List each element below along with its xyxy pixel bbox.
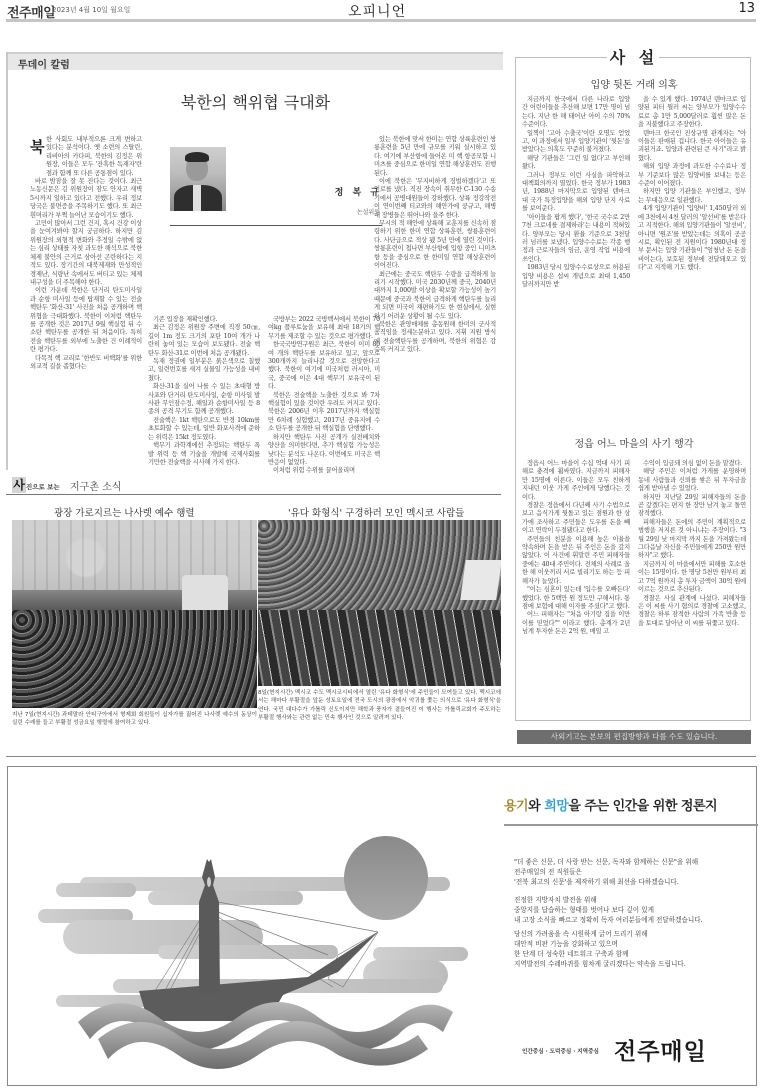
slogan-divider	[504, 824, 758, 826]
editorial-2-col2: 수익이 입금돼 의심 없이 돈을 맡겼다. 해당 주민은 이처럼 가게를 운영하…	[638, 460, 746, 628]
editorial-1-col1: 지금까지 한국에서 다른 나라로 입양 간 어린이들을 추산해 보면 17만 명…	[522, 96, 630, 289]
author-photo	[170, 147, 226, 211]
editorial-title-2: 정읍 어느 마을의 사기 행각	[516, 435, 752, 450]
house-advertisement: 용기와 희망을 주는 인간을 위한 정론지 "더 좋은 신문, 더 사랑 받는 …	[7, 766, 757, 1086]
editorial-1-col2: 을 수 있게 했다. 1974년 덴마크로 입양된 피터 뮐러 씨는 양부모가 …	[638, 96, 746, 273]
column-headline: 북한의 핵위협 극대화	[8, 90, 503, 113]
photo-1-caption: 지난 7일(현지시간) 과테말라 안티구아에서 형제회 회원들이 십자가를 짊어…	[12, 711, 257, 728]
disclaimer-banner: 사외기고는 본보의 편집방향과 다를 수도 있습니다.	[517, 730, 751, 744]
header-small-text: 진으로 보는	[26, 482, 60, 491]
editorial-2-col1: 정읍시 어느 마을이 수십 억대 사기 피해로 충격에 휩싸였다. 지금까지 피…	[522, 460, 630, 637]
column-text-col1: 한 사회도 내부적으론 크게 변하고 있다는 분석이다. 옛 소련의 스탈린, …	[30, 136, 142, 371]
section-divider	[6, 756, 756, 757]
column-text-col4: 있는 북한에 맞서 한미는 연합 상륙훈련인 쌍룡훈련을 5년 만에 규모를 키…	[374, 136, 496, 355]
author-block: 정 복 규 논설위원	[170, 147, 382, 267]
column-text-col2: 기존 입장을 재확인했다. 최근 김정은 위원장 주변에 직경 50㎝, 길이 …	[148, 316, 260, 467]
header-big-text: 지구촌 소식	[70, 478, 121, 493]
column-tab: 투데이 칼럼	[8, 52, 503, 70]
ad-tagline: 인간중심 · 도덕중심 · 지역중심	[522, 1047, 599, 1055]
photo-guatemala-procession	[12, 520, 257, 708]
ad-paragraph-1: "더 좋은 신문, 더 사랑 받는 신문, 독자와 함께하는 신문"을 위해 전…	[514, 857, 698, 887]
photo-2-caption: 8일(현지시간) 멕시코 수도 멕시코시티에서 열린 '유다 화형식'에 주민들…	[258, 689, 501, 723]
photo-news-section: 사 진으로 보는 지구촌 소식 광장 가로지르는 나사렛 예수 행렬 '유다 화…	[6, 475, 501, 735]
editorial-label: 사 설	[516, 45, 752, 68]
photo-2-title: '유다 화형식' 구경하러 모인 멕시코 사람들	[288, 505, 464, 519]
editorial-title-1: 입양 뒷돈 거래 의혹	[516, 76, 752, 91]
ad-logo: 전주매일	[614, 1033, 707, 1066]
photo-news-header: 사 진으로 보는 지구촌 소식	[6, 475, 501, 495]
section-title: 오피니언	[348, 1, 406, 21]
header-initial: 사	[12, 477, 26, 493]
ad-paragraph-2: 진정한 지방자치 발전을 위해 중앙지를 답습하는 형태를 벗어나 보다 깊이 …	[514, 895, 703, 925]
today-column: 투데이 칼럼 북한의 핵위협 극대화 북 한 사회도 내부적으론 크게 변하고 …	[6, 52, 501, 470]
editorial-box: 사 설 입양 뒷돈 거래 의혹 지금까지 한국에서 다른 나라로 입양 간 어린…	[515, 57, 751, 721]
masthead: 전주매일 2023년 4월 10일 월요일 오피니언 13	[0, 0, 768, 22]
page-number: 13	[738, 1, 755, 16]
photo-1-title: 광장 가로지르는 나사렛 예수 행렬	[54, 505, 195, 519]
column-text-col3: 국방부는 2022 국방백서에서 북한이 70여kg 플루토늄을 보유해 최대 …	[268, 316, 380, 476]
lighthouse-ship-illustration	[8, 767, 498, 1087]
masthead-divider	[6, 19, 756, 22]
issue-date: 2023년 4월 10일 월요일	[52, 5, 130, 15]
column-tab-label: 투데이 칼럼	[18, 56, 70, 71]
ad-slogan: 용기와 희망을 주는 인간을 위한 정론지	[504, 795, 717, 814]
ad-paragraph-3: 당신의 가려움을 속 시원하게 긁어 드리기 위해 대안적 비판 기능을 강화하…	[514, 929, 686, 969]
author-divider	[170, 225, 382, 226]
photo-mexico-crowd	[258, 520, 501, 686]
